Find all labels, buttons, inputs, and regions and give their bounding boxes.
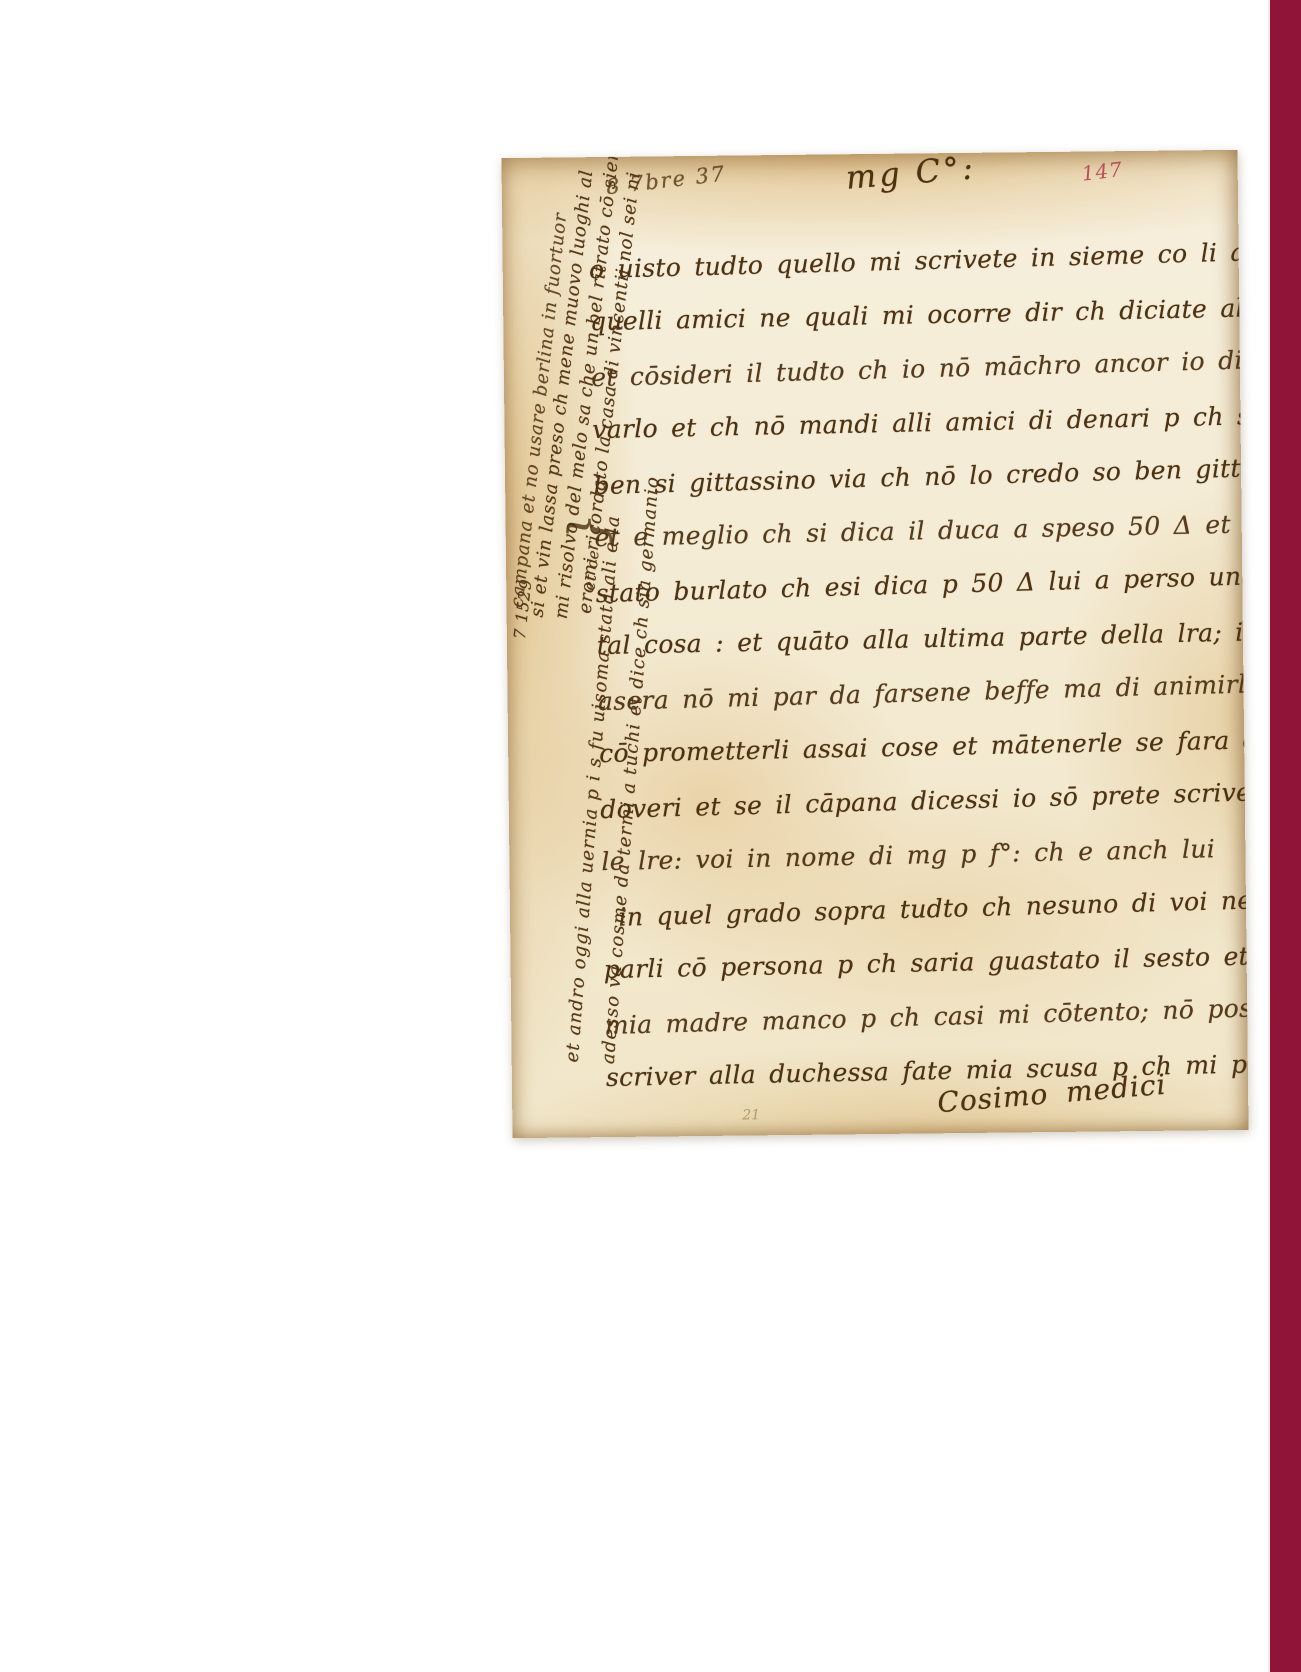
manuscript-photo: 8 7bre 37 mg C°: 147 eromi ricordato la …	[501, 150, 1248, 1138]
letter-salutation: mg C°:	[844, 150, 977, 197]
footer-mark: 21	[742, 1107, 760, 1123]
accent-bar	[1268, 0, 1301, 1672]
folio-number: 147	[1080, 157, 1124, 186]
letter-body: o uisto tudto quello mi scrivete in siem…	[588, 228, 1248, 1105]
book-page: 8 7bre 37 mg C°: 147 eromi ricordato la …	[0, 0, 1301, 1672]
